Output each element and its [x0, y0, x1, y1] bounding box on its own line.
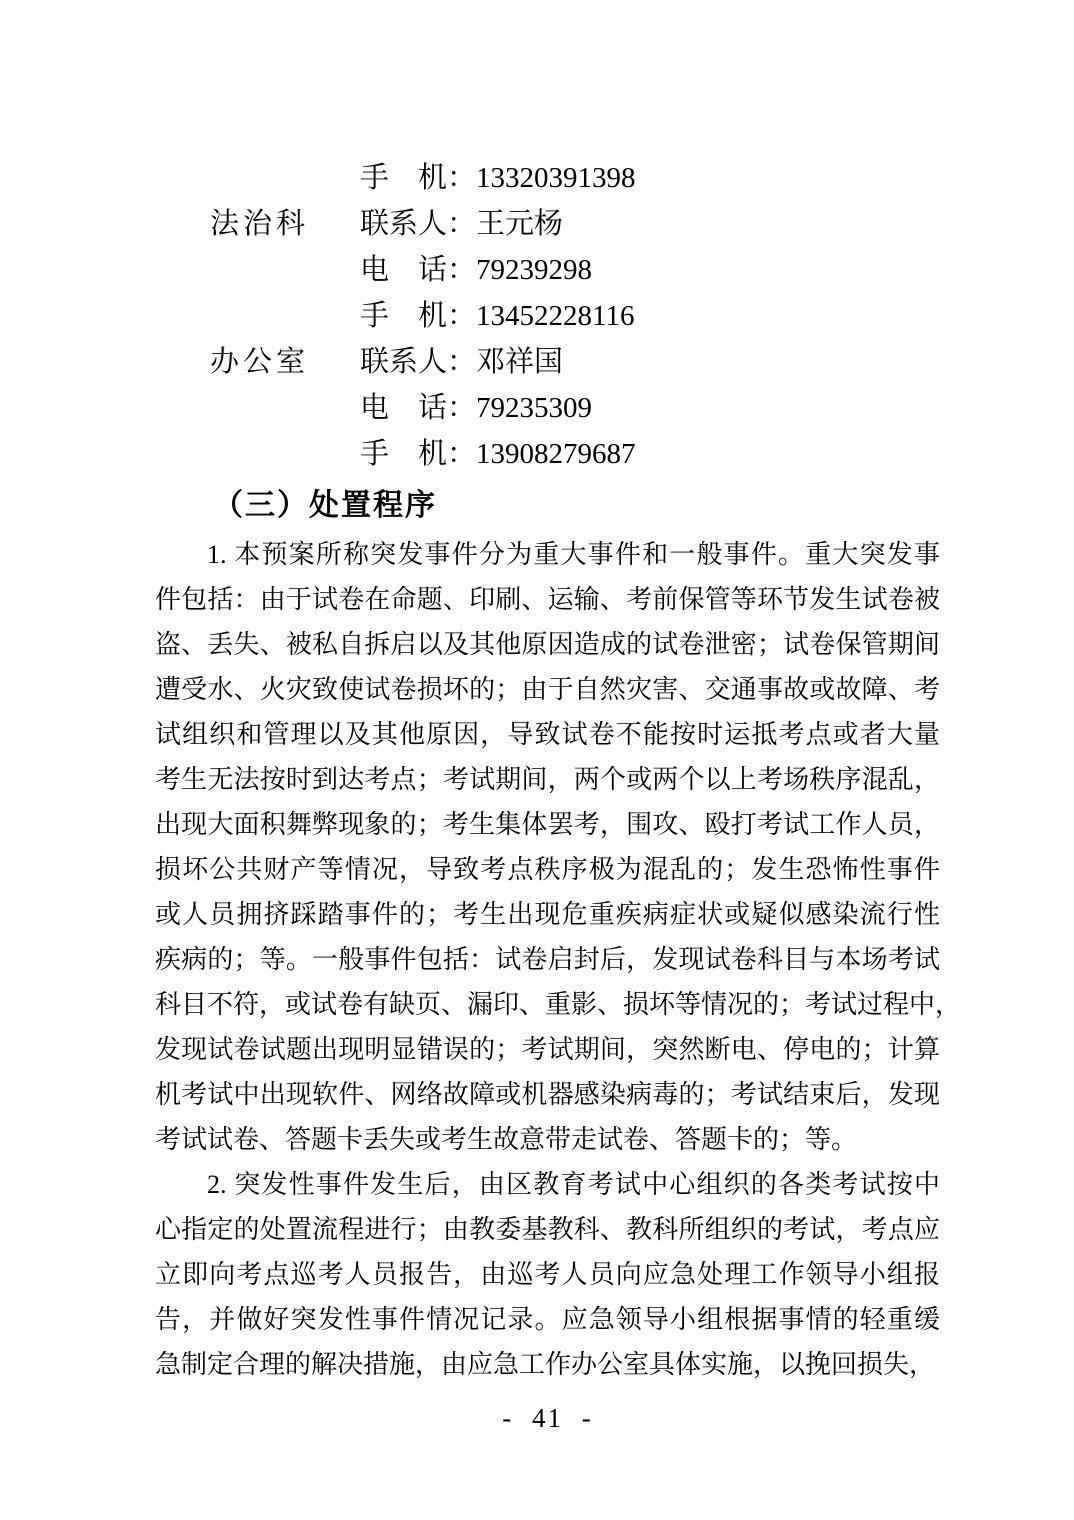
paragraph-line: 立即向考点巡考人员报告，由巡考人员向应急处理工作领导小组报 [155, 1252, 940, 1297]
contact-row: 手 机：13908279687 [155, 431, 940, 477]
paragraph-line: 损坏公共财产等情况，导致考点秩序极为混乱的；发生恐怖性事件 [155, 847, 940, 892]
paragraph-line: 出现大面积舞弊现象的；考生集体罢考，围攻、殴打考试工作人员， [155, 802, 940, 847]
paragraph-line: 盗、丢失、被私自拆启以及其他原因造成的试卷泄密；试卷保管期间 [155, 622, 940, 667]
contact-field-label: 手 机： [360, 162, 476, 194]
contact-row: 手 机：13452228116 [155, 293, 940, 339]
page-number: - 41 - [155, 1403, 940, 1434]
paragraph-line: 心指定的处置流程进行；由教委基教科、教科所组织的考试，考点应 [155, 1207, 940, 1252]
paragraph-line: 2. 突发性事件发生后，由区教育考试中心组织的各类考试按中 [155, 1162, 940, 1207]
paragraph-line: 科目不符，或试卷有缺页、漏印、重影、损坏等情况的；考试过程中， [155, 982, 940, 1027]
paragraph-line: 1. 本预案所称突发事件分为重大事件和一般事件。重大突发事 [155, 532, 940, 577]
contact-dept: 办公室 [210, 339, 360, 385]
paragraph-line: 或人员拥挤踩踏事件的；考生出现危重疾病症状或疑似感染流行性 [155, 892, 940, 937]
paragraph-line: 告，并做好突发性事件情况记录。应急领导小组根据事情的轻重缓 [155, 1297, 940, 1342]
contact-field-value: 13908279687 [476, 438, 636, 470]
contact-field-value: 79239298 [476, 254, 592, 286]
contact-list: 手 机：13320391398 法治科联系人：王元杨 电 话：79239298 … [155, 155, 940, 477]
paragraph-line: 发现试卷试题出现明显错误的；考试期间，突然断电、停电的；计算 [155, 1027, 940, 1072]
contact-field-label: 电 话： [360, 392, 476, 424]
contact-field-label: 联系人： [360, 208, 476, 240]
paragraph-line: 急制定合理的解决措施，由应急工作办公室具体实施，以挽回损失， [155, 1342, 940, 1387]
paragraph-line: 件包括：由于试卷在命题、印刷、运输、考前保管等环节发生试卷被 [155, 577, 940, 622]
contact-field-label: 电 话： [360, 254, 476, 286]
contact-field-value: 79235309 [476, 392, 592, 424]
contact-row: 办公室联系人：邓祥国 [155, 339, 940, 385]
document-page: 手 机：13320391398 法治科联系人：王元杨 电 话：79239298 … [0, 0, 1074, 1520]
paragraph: 1. 本预案所称突发事件分为重大事件和一般事件。重大突发事 件包括：由于试卷在命… [155, 532, 940, 1162]
paragraph-line: 疾病的；等。一般事件包括：试卷启封后，发现试卷科目与本场考试 [155, 937, 940, 982]
contact-field-value: 13452228116 [476, 300, 634, 332]
contact-dept: 法治科 [210, 201, 360, 247]
contact-field-value: 13320391398 [476, 162, 636, 194]
paragraph-line: 机考试中出现软件、网络故障或机器感染病毒的；考试结束后，发现 [155, 1072, 940, 1117]
contact-field-label: 手 机： [360, 300, 476, 332]
paragraph-line: 试组织和管理以及其他原因，导致试卷不能按时运抵考点或者大量 [155, 712, 940, 757]
contact-field-value: 王元杨 [476, 208, 563, 240]
section-heading: （三）处置程序 [155, 481, 940, 531]
contact-row: 电 话：79235309 [155, 385, 940, 431]
contact-field-label: 联系人： [360, 346, 476, 378]
contact-row: 电 话：79239298 [155, 247, 940, 293]
paragraph-line: 遭受水、火灾致使试卷损坏的；由于自然灾害、交通事故或故障、考 [155, 667, 940, 712]
contact-field-value: 邓祥国 [476, 346, 563, 378]
paragraph: 2. 突发性事件发生后，由区教育考试中心组织的各类考试按中 心指定的处置流程进行… [155, 1162, 940, 1387]
paragraph-line: 考试试卷、答题卡丢失或考生故意带走试卷、答题卡的；等。 [155, 1117, 940, 1162]
document-body: 1. 本预案所称突发事件分为重大事件和一般事件。重大突发事 件包括：由于试卷在命… [155, 532, 940, 1387]
paragraph-line: 考生无法按时到达考点；考试期间，两个或两个以上考场秩序混乱， [155, 757, 940, 802]
contact-row: 手 机：13320391398 [155, 155, 940, 201]
contact-row: 法治科联系人：王元杨 [155, 201, 940, 247]
contact-field-label: 手 机： [360, 438, 476, 470]
